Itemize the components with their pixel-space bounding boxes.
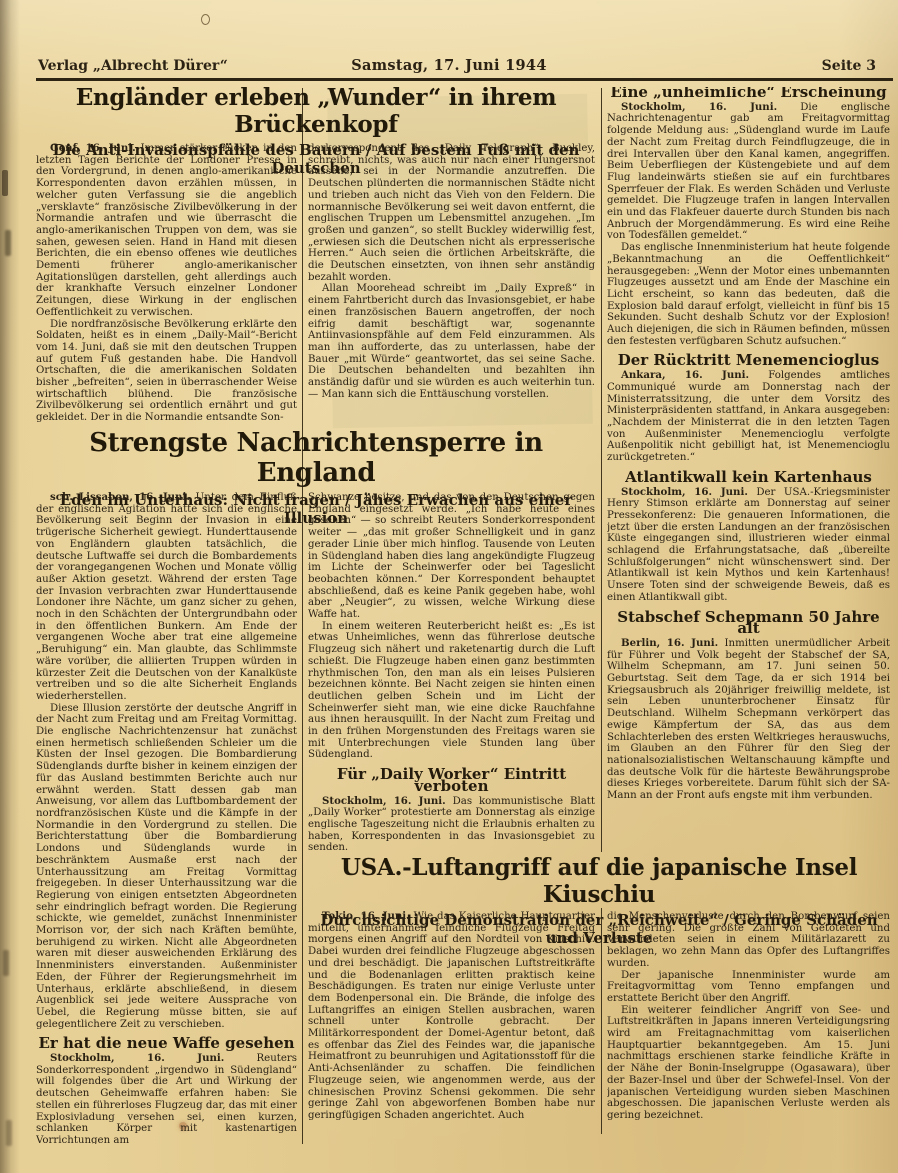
article-kiuschiu-col1: Tokio, 16. Juni. Wie das Kaiserliche Hau…	[308, 911, 595, 1147]
dateline: Ankara, 16. Juni.	[621, 369, 749, 381]
article-headline: Engländer erleben „Wunder“ in ihrem Brüc…	[36, 84, 596, 138]
paragraph-text: In einem weiteren Reuterbericht heißt es…	[308, 621, 595, 761]
paragraph-text: Der USA.-Kriegsminister Henry Stimson er…	[607, 487, 890, 603]
article-nachrichtensperre-col1: sch. Lissabon, 16. Juni. Unter dem Einfl…	[36, 492, 297, 1144]
paragraph-text: Allan Moorehead schreibt im „Daily Expre…	[308, 283, 595, 399]
paragraph: Stockholm, 16. Juni. Reuters Sonderkorre…	[36, 1053, 297, 1144]
dateline: Stockholm, 16. Juni.	[621, 486, 748, 498]
column-rule-left	[302, 88, 303, 1144]
paragraph-text: Immer stärker rücken in den letzten Tage…	[36, 143, 297, 318]
paragraph-text: Inmitten unermüdlicher Arbeit für Führer…	[607, 638, 890, 801]
dateline: Genf, 16. Juni.	[50, 143, 136, 154]
paragraph: Stockholm, 16. Juni. Der USA.-Kriegsmini…	[607, 487, 890, 604]
article-kiuschiu-col2: die Menschenverluste durch den Bombenwur…	[607, 911, 890, 1147]
paragraph-text: Unter dem Einfluß der englischen Agitati…	[36, 492, 297, 702]
paragraph-text: Der japanische Innenminister wurde am Fr…	[607, 970, 890, 1004]
column-rule-right-upper	[601, 88, 602, 852]
paragraph-text: Wie das Kaiserliche Hauptquartier mittei…	[308, 911, 595, 1121]
masthead-rule	[36, 78, 893, 81]
article-headline: Strengste Nachrichtensperre in England	[36, 428, 596, 488]
paragraph-text: die Menschenverluste durch den Bombenwur…	[607, 911, 890, 969]
paragraph-text: Reuters Sonderkorrespondent „irgendwo in…	[36, 1053, 297, 1144]
article-headline: Stabschef Schepmann 50 Jahre alt	[607, 612, 890, 635]
paragraph: Ein weiterer feindlicher Angriff von See…	[607, 1005, 890, 1122]
paragraph-text: Die nordfranzösische Bevölkerung erklärt…	[36, 319, 297, 424]
dateline: Stockholm, 16. Juni.	[621, 101, 777, 113]
issue-date: Samstag, 17. Juni 1944	[0, 57, 898, 74]
article-nachrichtensperre-col2: Schwanze besitze, und das von den Deutsc…	[308, 492, 595, 850]
article-brueckenkopf-col1: Genf, 16. Juni. Immer stärker rücken in …	[36, 143, 297, 427]
article-headline: Der Rücktritt Menemencioglus	[607, 355, 890, 367]
paragraph: Das englische Innenministerium hat heute…	[607, 242, 890, 347]
dateline: sch. Lissabon, 16. Juni.	[50, 492, 190, 503]
paragraph: Ankara, 16. Juni. Folgendes amtliches Co…	[607, 370, 890, 464]
paragraph: derkorrespondent des „Daily Telegraph“, …	[308, 143, 595, 283]
dateline: Berlin, 16. Juni.	[621, 637, 718, 649]
paragraph: In einem weiteren Reuterbericht heißt es…	[308, 621, 595, 761]
paragraph: Die nordfranzösische Bevölkerung erklärt…	[36, 319, 297, 424]
paragraph: Berlin, 16. Juni. Inmitten unermüdlicher…	[607, 638, 890, 802]
dateline: Tokio, 16. Juni.	[322, 911, 410, 922]
article-headline: Atlantikwall kein Kartenhaus	[607, 472, 890, 484]
paragraph: Stockholm, 16. Juni. Das kommunistische …	[308, 796, 595, 850]
paragraph-text: derkorrespondent des „Daily Telegraph“, …	[308, 143, 595, 283]
paragraph-text: Die englische Nachrichtenagentur gab am …	[607, 102, 890, 242]
article-brueckenkopf-col2: derkorrespondent des „Daily Telegraph“, …	[308, 143, 595, 427]
paragraph: Diese Illusion zerstörte der deutsche An…	[36, 703, 297, 1031]
article-headline: USA.-Luftangriff auf die japanische Inse…	[308, 854, 890, 908]
dateline: Stockholm, 16. Juni.	[322, 795, 446, 807]
paragraph: Stockholm, 16. Juni. Die englische Nachr…	[607, 102, 890, 242]
paragraph: die Menschenverluste durch den Bombenwur…	[607, 911, 890, 970]
subarticle-headline: Er hat die neue Waffe gesehen	[36, 1038, 297, 1050]
paragraph: Allan Moorehead schreibt im „Daily Expre…	[308, 283, 595, 400]
paragraph: Tokio, 16. Juni. Wie das Kaiserliche Hau…	[308, 911, 595, 1122]
paragraph-text: Schwanze besitze, und das von den Deutsc…	[308, 492, 595, 620]
article-headline: Eine „unheimliche“ Erscheinung	[607, 87, 890, 99]
paragraph: Schwanze besitze, und das von den Deutsc…	[308, 492, 595, 621]
paragraph-text: Das englische Innenministerium hat heute…	[607, 242, 890, 347]
paragraph-text: Ein weiterer feindlicher Angriff von See…	[607, 1005, 890, 1121]
paragraph: Der japanische Innenminister wurde am Fr…	[607, 970, 890, 1005]
paper-ring-mark	[201, 14, 210, 25]
paragraph: Genf, 16. Juni. Immer stärker rücken in …	[36, 143, 297, 319]
dateline: Stockholm, 16. Juni.	[50, 1052, 224, 1064]
binding-marks	[2, 170, 8, 196]
paragraph-text: Diese Illusion zerstörte der deutsche An…	[36, 703, 297, 1030]
right-column: Eine „unheimliche“ Erscheinung Stockholm…	[607, 87, 890, 853]
paragraph: sch. Lissabon, 16. Juni. Unter dem Einfl…	[36, 492, 297, 703]
page-number: Seite 3	[822, 58, 876, 74]
subarticle-headline: Für „Daily Worker“ Eintritt verboten	[308, 769, 595, 792]
paragraph-text: Folgendes amtliches Communiqué wurde am …	[607, 370, 890, 463]
